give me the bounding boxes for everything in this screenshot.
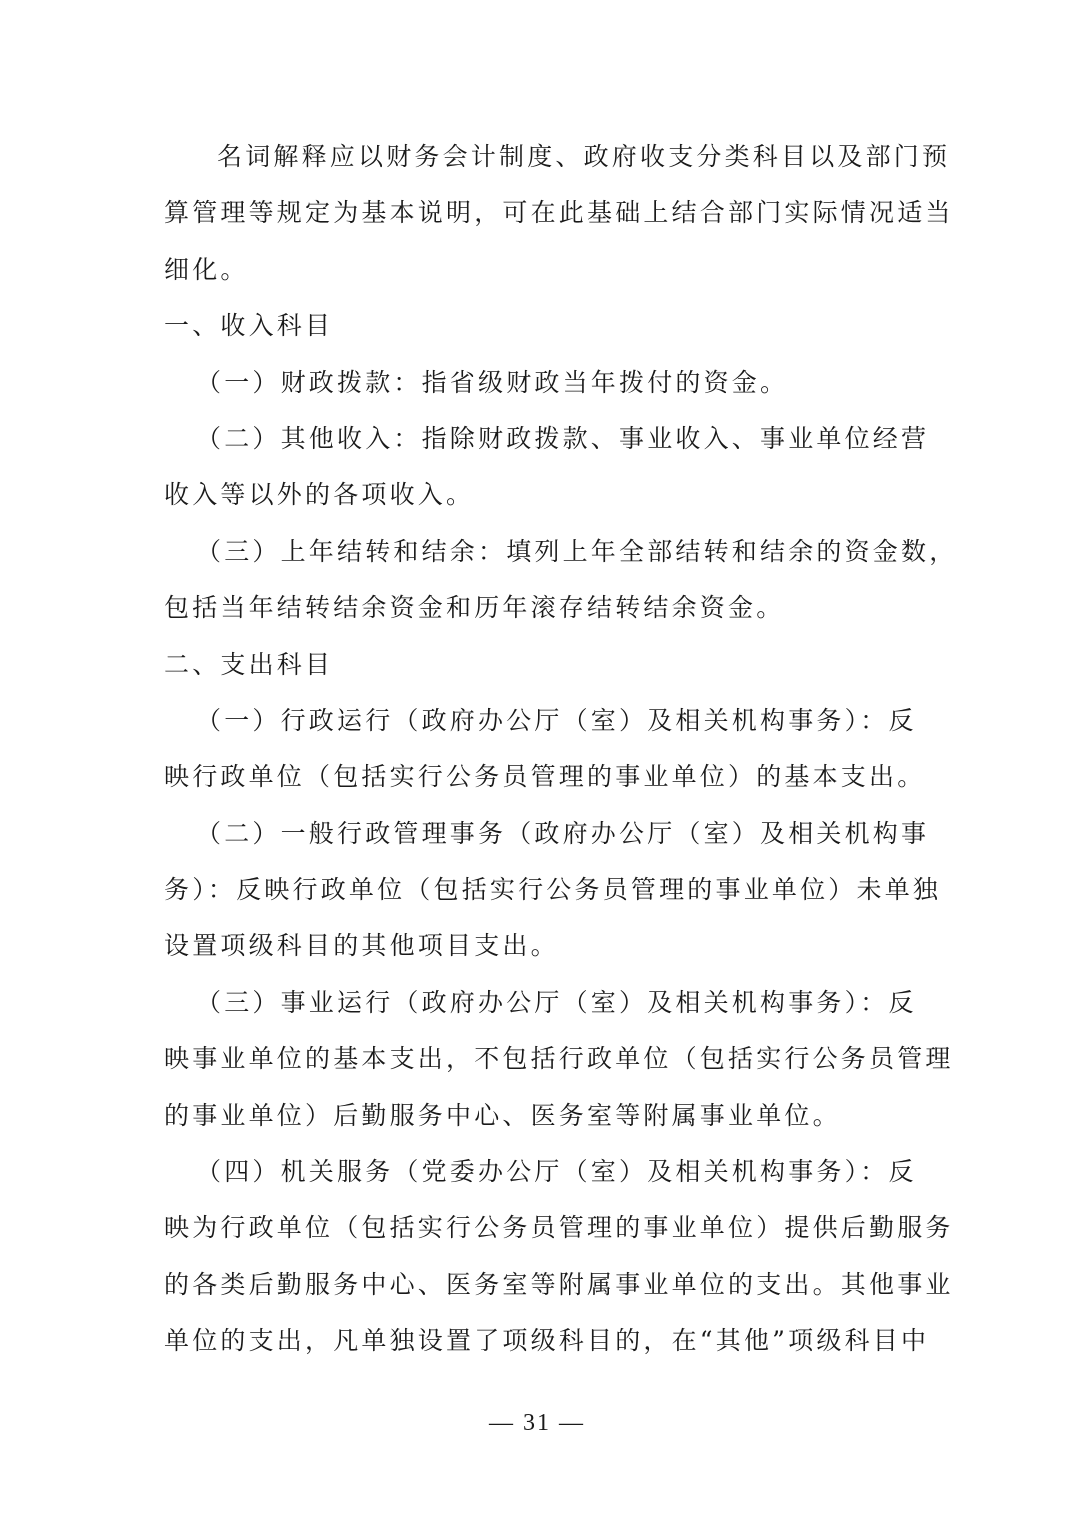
income-item-carryover-line-1: （三）上年结转和结余：填列上年全部结转和结余的资金数， <box>164 524 924 580</box>
expenditure-item-2-line-2: 务）：反映行政单位（包括实行公务员管理的事业单位）未单独 <box>164 862 924 918</box>
income-item-carryover-line-2: 包括当年结转结余资金和历年滚存结转结余资金。 <box>164 580 924 636</box>
section-heading-expenditure: 二、支出科目 <box>164 637 924 693</box>
intro-paragraph-line-3: 细化。 <box>164 242 924 298</box>
expenditure-item-3-line-3: 的事业单位）后勤服务中心、医务室等附属事业单位。 <box>164 1088 924 1144</box>
document-page: 名词解释应以财务会计制度、政府收支分类科目以及部门预 算管理等规定为基本说明，可… <box>0 0 1074 1520</box>
expenditure-item-1-line-1: （一）行政运行（政府办公厅（室）及相关机构事务）：反 <box>164 693 924 749</box>
expenditure-item-3-line-1: （三）事业运行（政府办公厅（室）及相关机构事务）：反 <box>164 975 924 1031</box>
page-number: — 31 — <box>0 1410 1074 1437</box>
income-item-other-line-1: （二）其他收入：指除财政拨款、事业收入、事业单位经营 <box>164 411 924 467</box>
expenditure-item-1-line-2: 映行政单位（包括实行公务员管理的事业单位）的基本支出。 <box>164 749 924 805</box>
expenditure-item-2-line-3: 设置项级科目的其他项目支出。 <box>164 918 924 974</box>
expenditure-item-4-line-4: 单位的支出，凡单独设置了项级科目的，在“其他”项级科目中 <box>164 1313 924 1369</box>
expenditure-item-4-line-3: 的各类后勤服务中心、医务室等附属事业单位的支出。其他事业 <box>164 1257 924 1313</box>
income-item-other-line-2: 收入等以外的各项收入。 <box>164 467 924 523</box>
expenditure-item-3-line-2: 映事业单位的基本支出，不包括行政单位（包括实行公务员管理 <box>164 1031 924 1087</box>
section-heading-income: 一、收入科目 <box>164 298 924 354</box>
intro-paragraph-line-2: 算管理等规定为基本说明，可在此基础上结合部门实际情况适当 <box>164 185 924 241</box>
expenditure-item-4-line-2: 映为行政单位（包括实行公务员管理的事业单位）提供后勤服务 <box>164 1200 924 1256</box>
income-item-fiscal-appropriation: （一）财政拨款：指省级财政当年拨付的资金。 <box>164 355 924 411</box>
intro-paragraph-line-1: 名词解释应以财务会计制度、政府收支分类科目以及部门预 <box>164 129 924 185</box>
expenditure-item-4-line-1: （四）机关服务（党委办公厅（室）及相关机构事务）：反 <box>164 1144 924 1200</box>
expenditure-item-2-line-1: （二）一般行政管理事务（政府办公厅（室）及相关机构事 <box>164 806 924 862</box>
body-text: 名词解释应以财务会计制度、政府收支分类科目以及部门预 算管理等规定为基本说明，可… <box>164 129 924 1370</box>
